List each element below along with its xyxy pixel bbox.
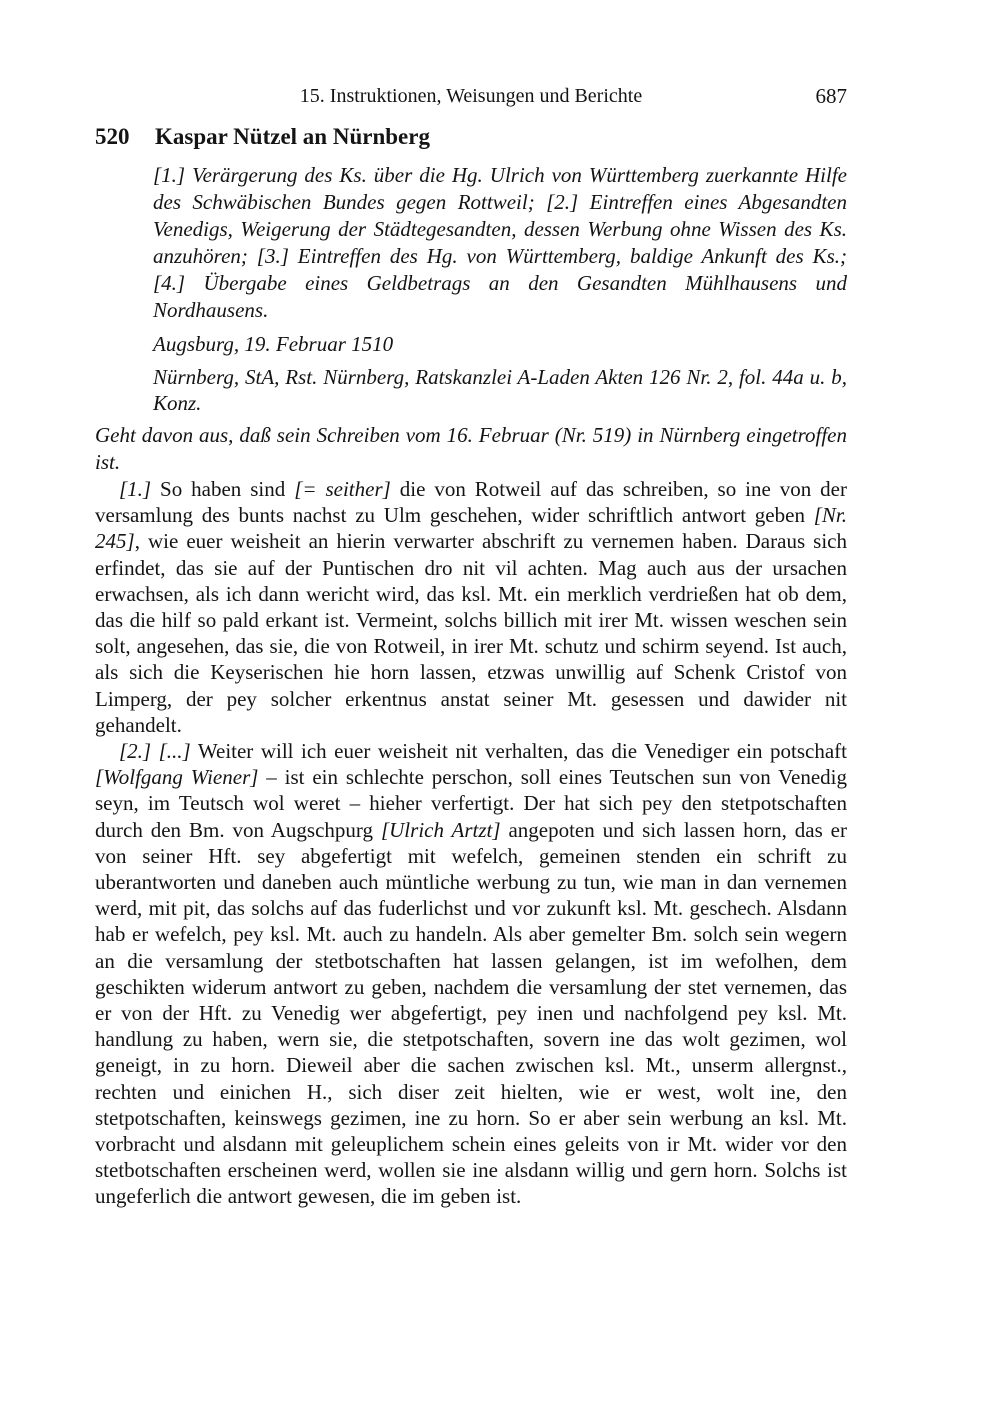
- body-paragraph: [1.] So haben sind [= seither] die von R…: [95, 476, 847, 738]
- text-run: [= seither]: [294, 477, 391, 501]
- document-body: [1.] So haben sind [= seither] die von R…: [95, 476, 847, 1210]
- document-number: 520: [95, 123, 155, 151]
- document-title: Kaspar Nützel an Nürnberg: [155, 123, 847, 151]
- book-page: 15. Instruktionen, Weisungen und Bericht…: [0, 0, 1004, 1418]
- text-run: [1.]: [119, 477, 151, 501]
- running-head-title: 15. Instruktionen, Weisungen und Bericht…: [95, 84, 847, 108]
- text-run: So haben sind: [151, 477, 294, 501]
- document-heading: 520 Kaspar Nützel an Nürnberg: [95, 123, 847, 151]
- document-dateline: Augsburg, 19. Februar 1510: [153, 331, 847, 357]
- text-run: Weiter will ich euer weisheit nit verhal…: [191, 739, 847, 763]
- text-run: angepoten und sich lassen horn, das er v…: [95, 818, 847, 1209]
- text-run: [Ulrich Artzt]: [381, 818, 501, 842]
- body-paragraph: [2.] [...] Weiter will ich euer weisheit…: [95, 738, 847, 1210]
- page-number: 687: [816, 84, 848, 108]
- text-run: [2.] [...]: [119, 739, 191, 763]
- document-source: Nürnberg, StA, Rst. Nürnberg, Ratskanzle…: [153, 364, 847, 416]
- running-head: 15. Instruktionen, Weisungen und Bericht…: [95, 84, 847, 108]
- text-run: [Wolfgang Wiener]: [95, 765, 258, 789]
- text-column: 15. Instruktionen, Weisungen und Bericht…: [95, 84, 847, 1210]
- document-summary: [1.] Verärgerung des Ks. über die Hg. Ul…: [153, 162, 847, 324]
- document-regest: Geht davon aus, daß sein Schreiben vom 1…: [95, 422, 847, 476]
- text-run: , wie euer weisheit an hierin verwarter …: [95, 529, 847, 736]
